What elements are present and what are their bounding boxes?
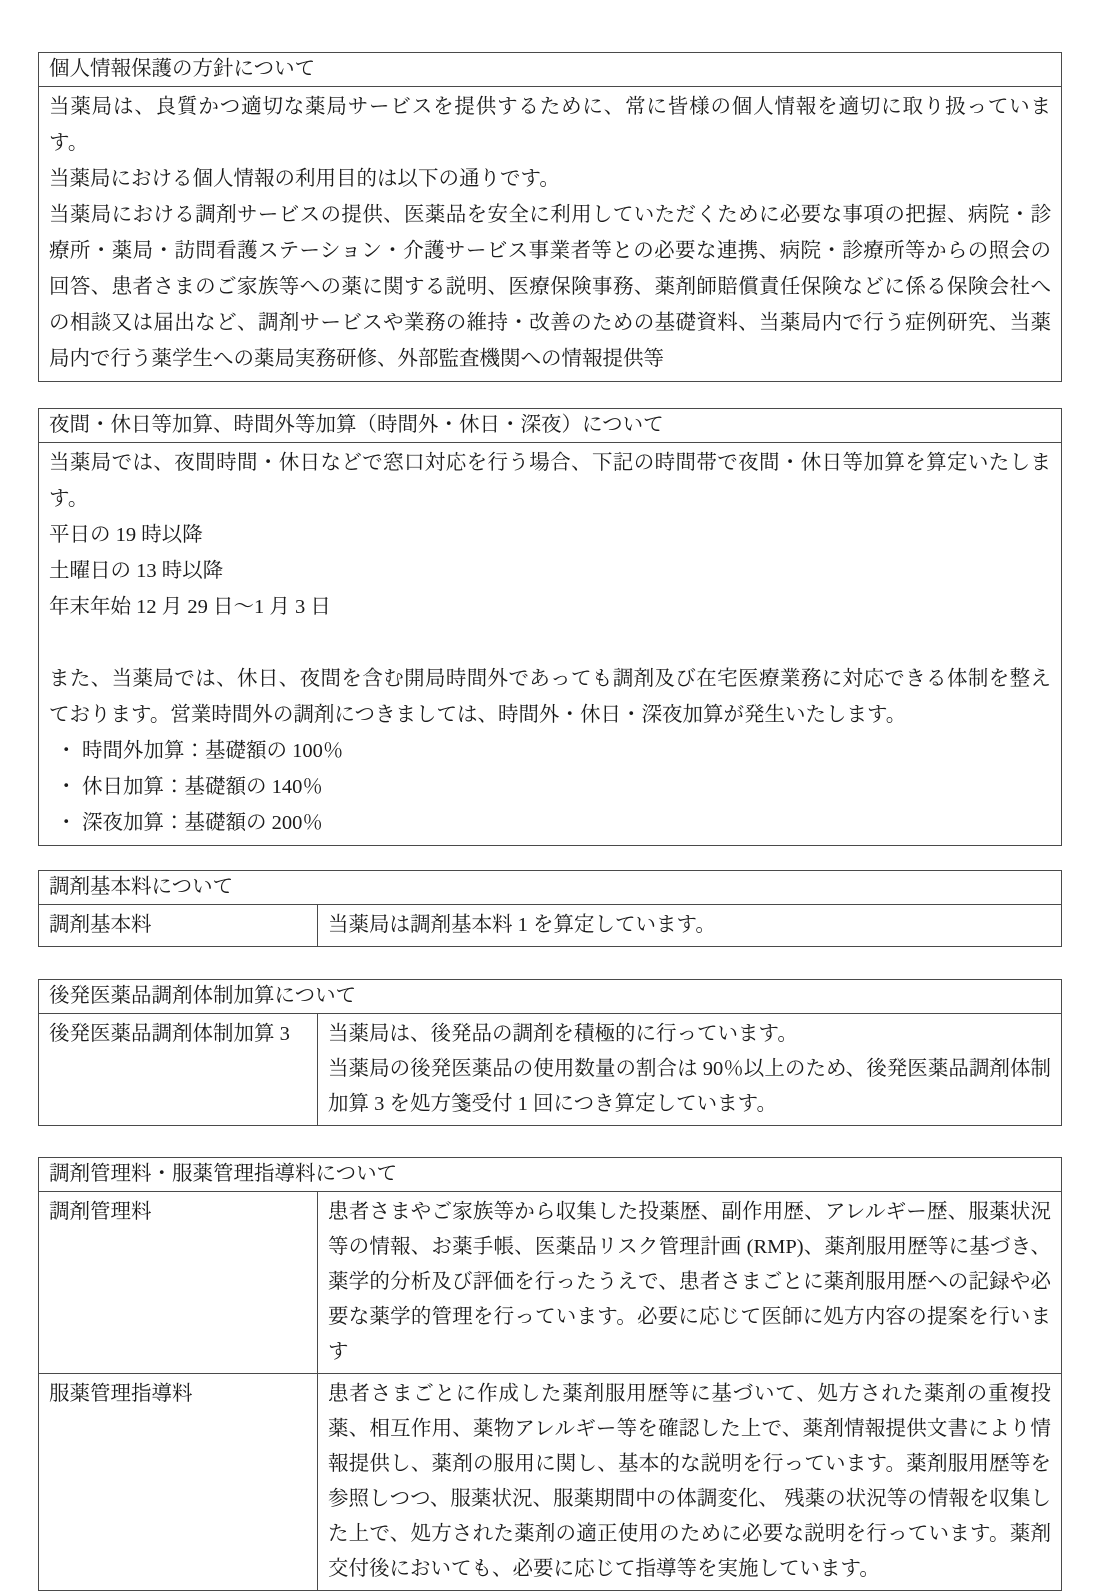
section-night-holiday-title: 夜間・休日等加算、時間外等加算（時間外・休日・深夜）について xyxy=(39,409,1061,443)
management-fee-value: 患者さまやご家族等から収集した投薬歴、副作用歴、アレルギー歴、服薬状況等の情報、… xyxy=(318,1192,1061,1373)
table-row: 後発医薬品調剤体制加算 3 当薬局は、後発品の調剤を積極的に行っています。 当薬… xyxy=(39,1014,1061,1125)
privacy-paragraph: 当薬局における個人情報の利用目的は以下の通りです。 xyxy=(49,161,1051,197)
basic-fee-paragraph: 当薬局は調剤基本料 1 を算定しています。 xyxy=(328,908,1051,943)
table-row: 調剤管理料 患者さまやご家族等から収集した投薬歴、副作用歴、アレルギー歴、服薬状… xyxy=(39,1192,1061,1373)
bullet-icon: ・ xyxy=(49,805,82,841)
guidance-fee-value: 患者さまごとに作成した薬剤服用歴等に基づいて、処方された薬剤の重複投薬、相互作用… xyxy=(318,1374,1061,1590)
section-gap xyxy=(38,846,1062,870)
schedule-saturday: 土曜日の 13 時以降 xyxy=(49,553,1051,589)
schedule-weekday: 平日の 19 時以降 xyxy=(49,517,1051,553)
document-page: 個人情報保護の方針について 当薬局は、良質かつ適切な薬局サービスを提供するために… xyxy=(38,52,1062,1591)
section-privacy-title: 個人情報保護の方針について xyxy=(39,53,1061,87)
section-gap xyxy=(38,947,1062,979)
blank-line xyxy=(49,625,1051,661)
section-generic-addition-title: 後発医薬品調剤体制加算について xyxy=(39,980,1061,1014)
section-management-fee-title: 調剤管理料・服薬管理指導料について xyxy=(39,1158,1061,1192)
guidance-fee-paragraph: 患者さまごとに作成した薬剤服用歴等に基づいて、処方された薬剤の重複投薬、相互作用… xyxy=(328,1377,1051,1587)
table-row: 服薬管理指導料 患者さまごとに作成した薬剤服用歴等に基づいて、処方された薬剤の重… xyxy=(39,1373,1061,1590)
table-row: 調剤基本料 当薬局は調剤基本料 1 を算定しています。 xyxy=(39,905,1061,946)
section-basic-fee-title: 調剤基本料について xyxy=(39,871,1061,905)
surcharge-holiday: 休日加算：基礎額の 140％ xyxy=(82,769,1051,805)
generic-addition-paragraph: 当薬局の後発医薬品の使用数量の割合は 90％以上のため、後発医薬品調剤体制加算 … xyxy=(328,1052,1051,1122)
guidance-fee-label: 服薬管理指導料 xyxy=(39,1374,318,1590)
section-management-fee: 調剤管理料・服薬管理指導料について 調剤管理料 患者さまやご家族等から収集した投… xyxy=(38,1157,1062,1591)
surcharge-midnight: 深夜加算：基礎額の 200％ xyxy=(82,805,1051,841)
section-basic-fee: 調剤基本料について 調剤基本料 当薬局は調剤基本料 1 を算定しています。 xyxy=(38,870,1062,947)
section-gap xyxy=(38,382,1062,408)
privacy-paragraph: 当薬局は、良質かつ適切な薬局サービスを提供するために、常に皆様の個人情報を適切に… xyxy=(49,89,1051,161)
surcharge-list-item: ・ 時間外加算：基礎額の 100％ xyxy=(49,733,1051,769)
section-generic-addition: 後発医薬品調剤体制加算について 後発医薬品調剤体制加算 3 当薬局は、後発品の調… xyxy=(38,979,1062,1126)
section-night-holiday-surcharge: 夜間・休日等加算、時間外等加算（時間外・休日・深夜）について 当薬局では、夜間時… xyxy=(38,408,1062,846)
basic-fee-value: 当薬局は調剤基本料 1 を算定しています。 xyxy=(318,905,1061,946)
bullet-icon: ・ xyxy=(49,769,82,805)
section-night-holiday-body: 当薬局では、夜間時間・休日などで窓口対応を行う場合、下記の時間帯で夜間・休日等加… xyxy=(39,443,1061,845)
night-holiday-intro: 当薬局では、夜間時間・休日などで窓口対応を行う場合、下記の時間帯で夜間・休日等加… xyxy=(49,445,1051,517)
surcharge-list-item: ・ 休日加算：基礎額の 140％ xyxy=(49,769,1051,805)
privacy-paragraph: 当薬局における調剤サービスの提供、医薬品を安全に利用していただくために必要な事項… xyxy=(49,197,1051,377)
management-fee-label: 調剤管理料 xyxy=(39,1192,318,1373)
section-privacy-body: 当薬局は、良質かつ適切な薬局サービスを提供するために、常に皆様の個人情報を適切に… xyxy=(39,87,1061,381)
management-fee-paragraph: 患者さまやご家族等から収集した投薬歴、副作用歴、アレルギー歴、服薬状況等の情報、… xyxy=(328,1195,1051,1370)
schedule-yearend: 年末年始 12 月 29 日～1 月 3 日 xyxy=(49,589,1051,625)
generic-addition-value: 当薬局は、後発品の調剤を積極的に行っています。 当薬局の後発医薬品の使用数量の割… xyxy=(318,1014,1061,1125)
bullet-icon: ・ xyxy=(49,733,82,769)
surcharge-list-item: ・ 深夜加算：基礎額の 200％ xyxy=(49,805,1051,841)
surcharge-overtime: 時間外加算：基礎額の 100％ xyxy=(82,733,1051,769)
generic-addition-paragraph: 当薬局は、後発品の調剤を積極的に行っています。 xyxy=(328,1017,1051,1052)
generic-addition-label: 後発医薬品調剤体制加算 3 xyxy=(39,1014,318,1125)
basic-fee-label: 調剤基本料 xyxy=(39,905,318,946)
night-holiday-note: また、当薬局では、休日、夜間を含む開局時間外であっても調剤及び在宅医療業務に対応… xyxy=(49,661,1051,733)
section-privacy-policy: 個人情報保護の方針について 当薬局は、良質かつ適切な薬局サービスを提供するために… xyxy=(38,52,1062,382)
section-gap xyxy=(38,1126,1062,1157)
